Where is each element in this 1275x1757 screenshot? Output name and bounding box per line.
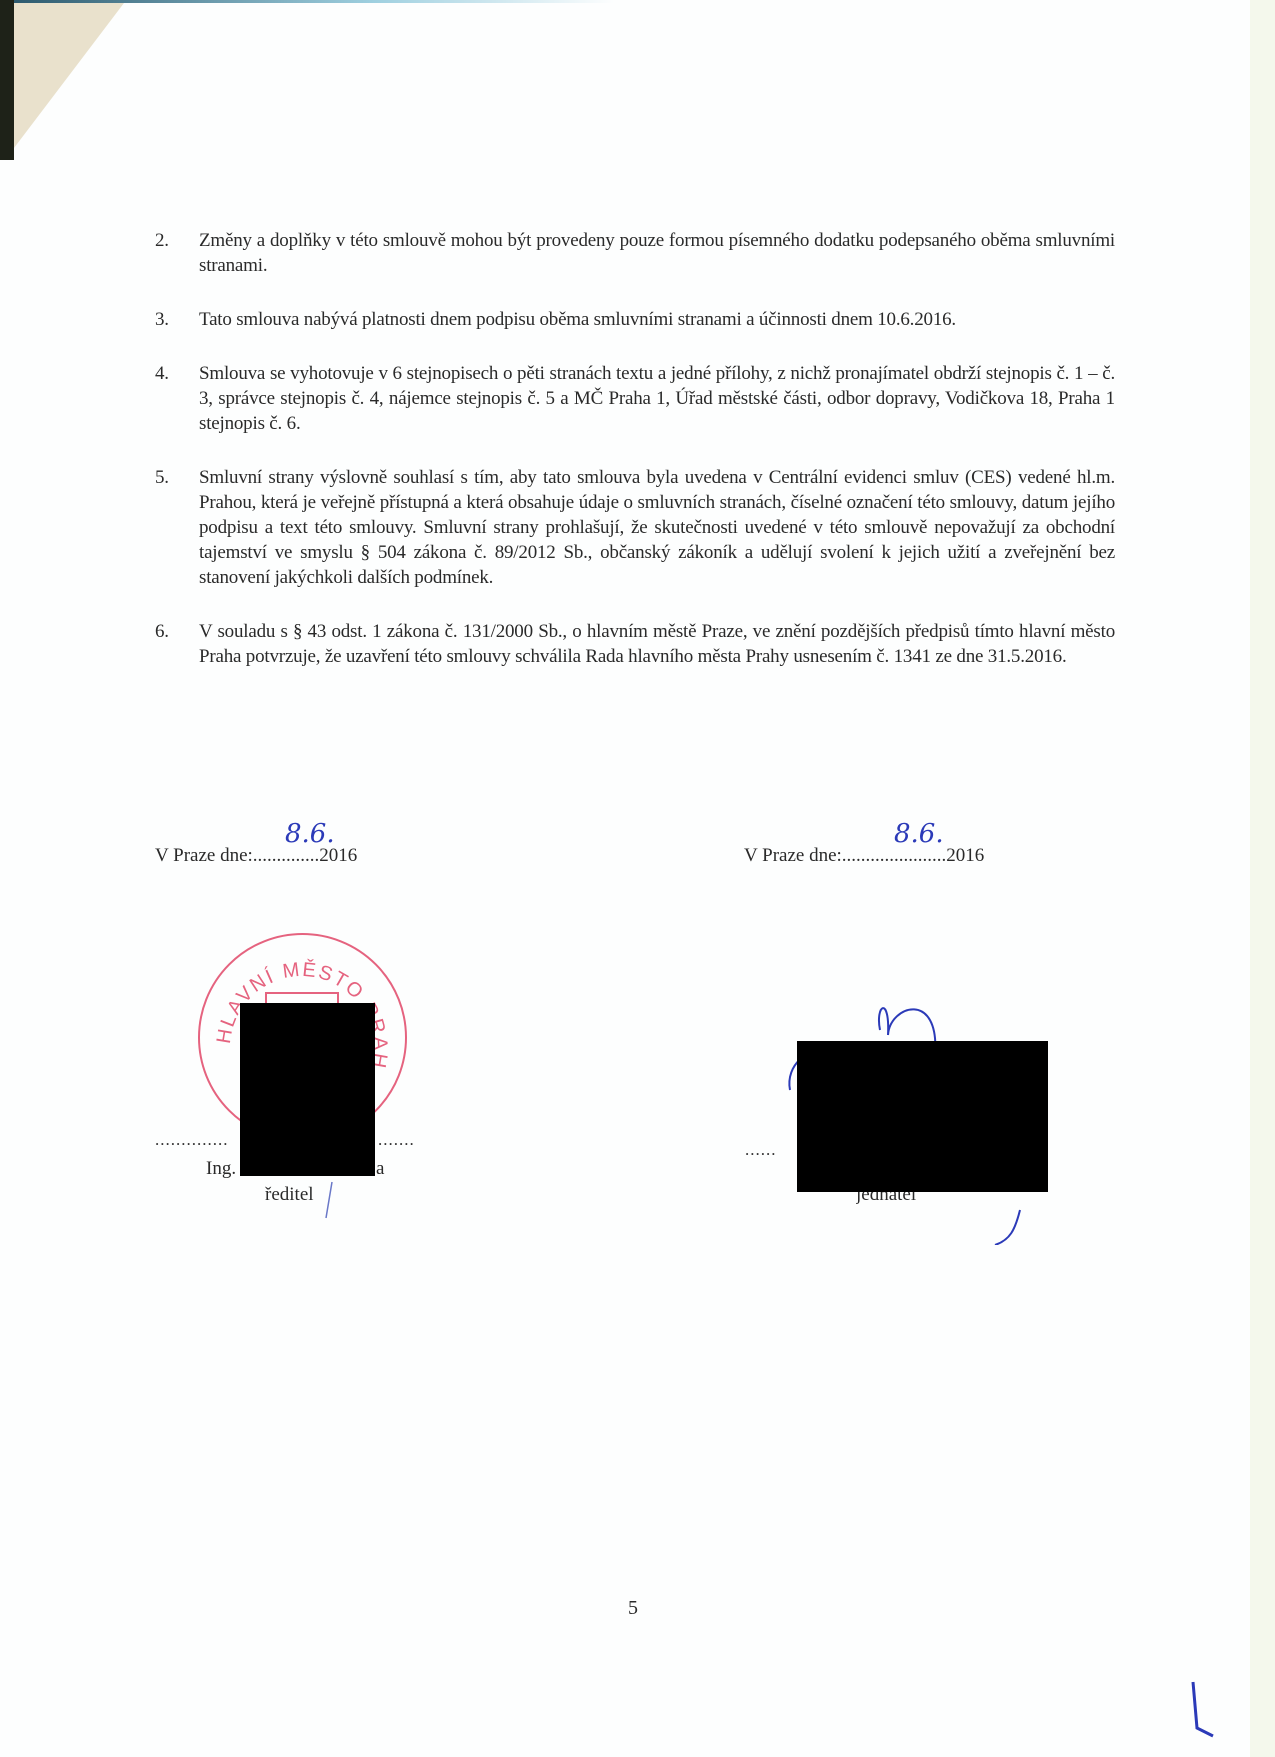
contract-clauses: 2. Změny a doplňky v této smlouvě mohou …	[155, 228, 1115, 698]
date-label: V Praze dne:	[155, 845, 253, 866]
clause-number: 4.	[155, 361, 199, 436]
clause-text: Tato smlouva nabývá platnosti dnem podpi…	[199, 307, 1115, 332]
date-label: V Praze dne:	[744, 845, 842, 866]
signature-line-left: ..............	[155, 1130, 229, 1150]
clause-5: 5. Smluvní strany výslovně souhlasí s tí…	[155, 465, 1115, 590]
signer-name-prefix: Ing.	[206, 1158, 236, 1180]
scan-edge-right	[1250, 0, 1275, 1757]
folded-page-corner	[14, 3, 124, 148]
date-year: 2016	[946, 845, 984, 866]
signature-line-right: .......	[378, 1130, 415, 1150]
clause-number: 3.	[155, 307, 199, 332]
initials-mark-icon	[1185, 1680, 1225, 1740]
signature-line-left: ......	[745, 1140, 777, 1160]
redaction-block	[240, 1003, 375, 1176]
signature-stroke-icon	[320, 1180, 340, 1220]
scan-edge-top	[14, 0, 614, 3]
clause-text: Smluvní strany výslovně souhlasí s tím, …	[199, 465, 1115, 590]
clause-text: V souladu s § 43 odst. 1 zákona č. 131/2…	[199, 619, 1115, 669]
clause-text: Smlouva se vyhotovuje v 6 stejnopisech o…	[199, 361, 1115, 436]
handwritten-date: 8.6.	[285, 819, 335, 849]
clause-text: Změny a doplňky v této smlouvě mohou být…	[199, 228, 1115, 278]
left-signature-date: V Praze dne:..............2016 8.6.	[155, 845, 357, 867]
handwritten-date: 8.6.	[894, 819, 944, 849]
clause-4: 4. Smlouva se vyhotovuje v 6 stejnopisec…	[155, 361, 1115, 436]
signer-name-suffix: a	[376, 1158, 384, 1180]
clause-3: 3. Tato smlouva nabývá platnosti dnem po…	[155, 307, 1115, 332]
clause-6: 6. V souladu s § 43 odst. 1 zákona č. 13…	[155, 619, 1115, 669]
clause-2: 2. Změny a doplňky v této smlouvě mohou …	[155, 228, 1115, 278]
right-signature-date: V Praze dne:......................2016 8…	[744, 845, 984, 867]
clause-number: 2.	[155, 228, 199, 278]
clause-number: 6.	[155, 619, 199, 669]
signer-role: ředitel	[265, 1184, 314, 1206]
scan-edge-left	[0, 0, 14, 160]
clause-number: 5.	[155, 465, 199, 590]
page-number: 5	[628, 1597, 638, 1620]
redaction-block	[797, 1041, 1048, 1192]
